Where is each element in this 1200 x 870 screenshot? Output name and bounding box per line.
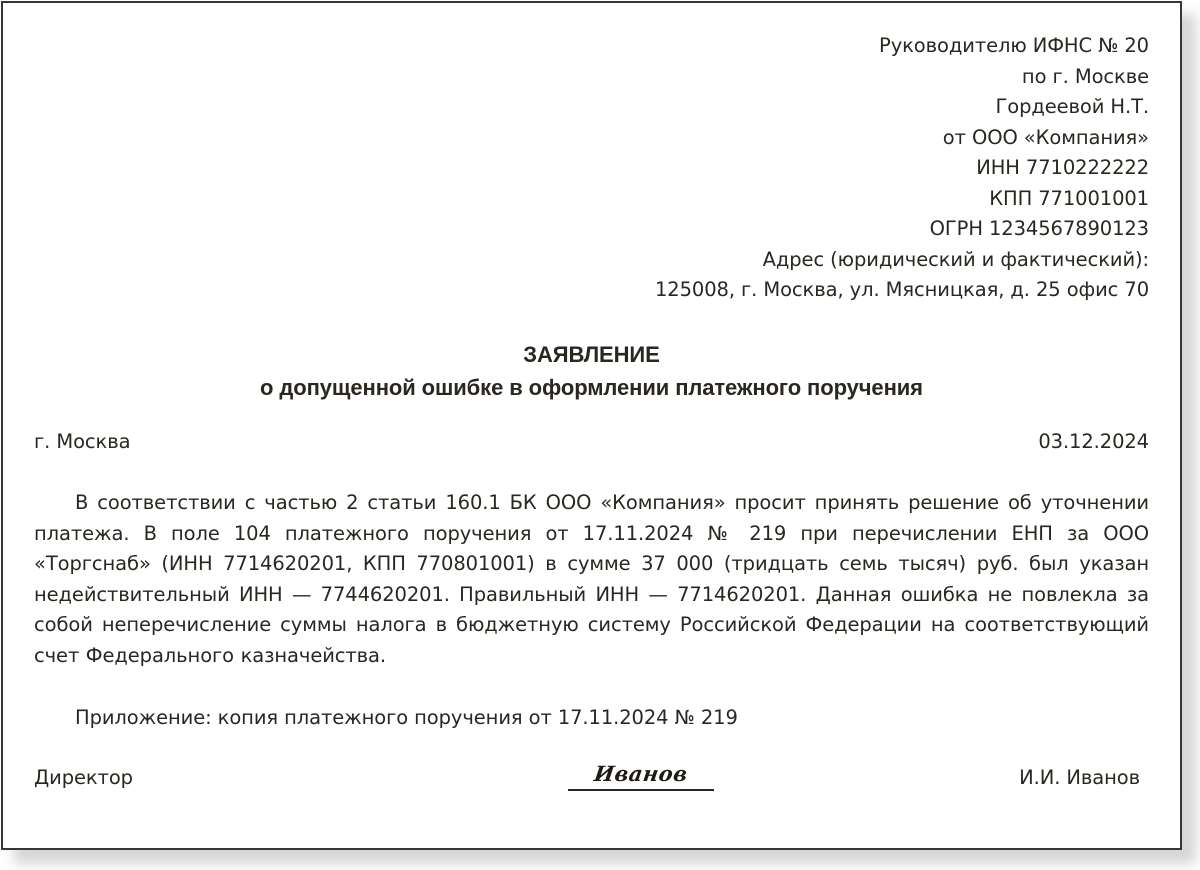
addressee-name: Гордеевой Н.Т. bbox=[655, 92, 1149, 123]
document-content: Руководителю ИФНС № 20 по г. Москве Горд… bbox=[34, 3, 1149, 848]
title-heading: ЗАЯВЛЕНИЕ bbox=[34, 338, 1149, 371]
addressee-city: по г. Москве bbox=[655, 62, 1149, 93]
document-title: ЗАЯВЛЕНИЕ о допущенной ошибке в оформлен… bbox=[34, 338, 1149, 404]
title-subheading: о допущенной ошибке в оформлении платежн… bbox=[34, 371, 1149, 404]
place: г. Москва bbox=[34, 427, 130, 458]
signature-line: Иванов bbox=[568, 763, 714, 791]
sender-ogrn: ОГРН 1234567890123 bbox=[655, 214, 1149, 245]
attachment-note: Приложение: копия платежного поручения о… bbox=[75, 703, 738, 734]
addressee-block: Руководителю ИФНС № 20 по г. Москве Горд… bbox=[655, 31, 1149, 306]
sender-address: 125008, г. Москва, ул. Мясницкая, д. 25 … bbox=[655, 275, 1149, 306]
sender-inn: ИНН 7710222222 bbox=[655, 153, 1149, 184]
addressee-recipient: Руководителю ИФНС № 20 bbox=[655, 31, 1149, 62]
document-page: Руководителю ИФНС № 20 по г. Москве Горд… bbox=[1, 1, 1182, 850]
signer-position: Директор bbox=[34, 763, 133, 794]
sender-address-label: Адрес (юридический и фактический): bbox=[655, 245, 1149, 276]
sender-kpp: КПП 771001001 bbox=[655, 184, 1149, 215]
handwritten-signature: Иванов bbox=[566, 759, 716, 790]
signer-name: И.И. Иванов bbox=[1019, 763, 1140, 794]
document-date: 03.12.2024 bbox=[1038, 427, 1149, 458]
body-paragraph: В соответствии с частью 2 статьи 160.1 Б… bbox=[34, 488, 1149, 671]
signature-row: Директор Иванов И.И. Иванов bbox=[34, 763, 1149, 795]
sender-company: от ООО «Компания» bbox=[655, 123, 1149, 154]
place-date-row: г. Москва 03.12.2024 bbox=[34, 427, 1149, 458]
